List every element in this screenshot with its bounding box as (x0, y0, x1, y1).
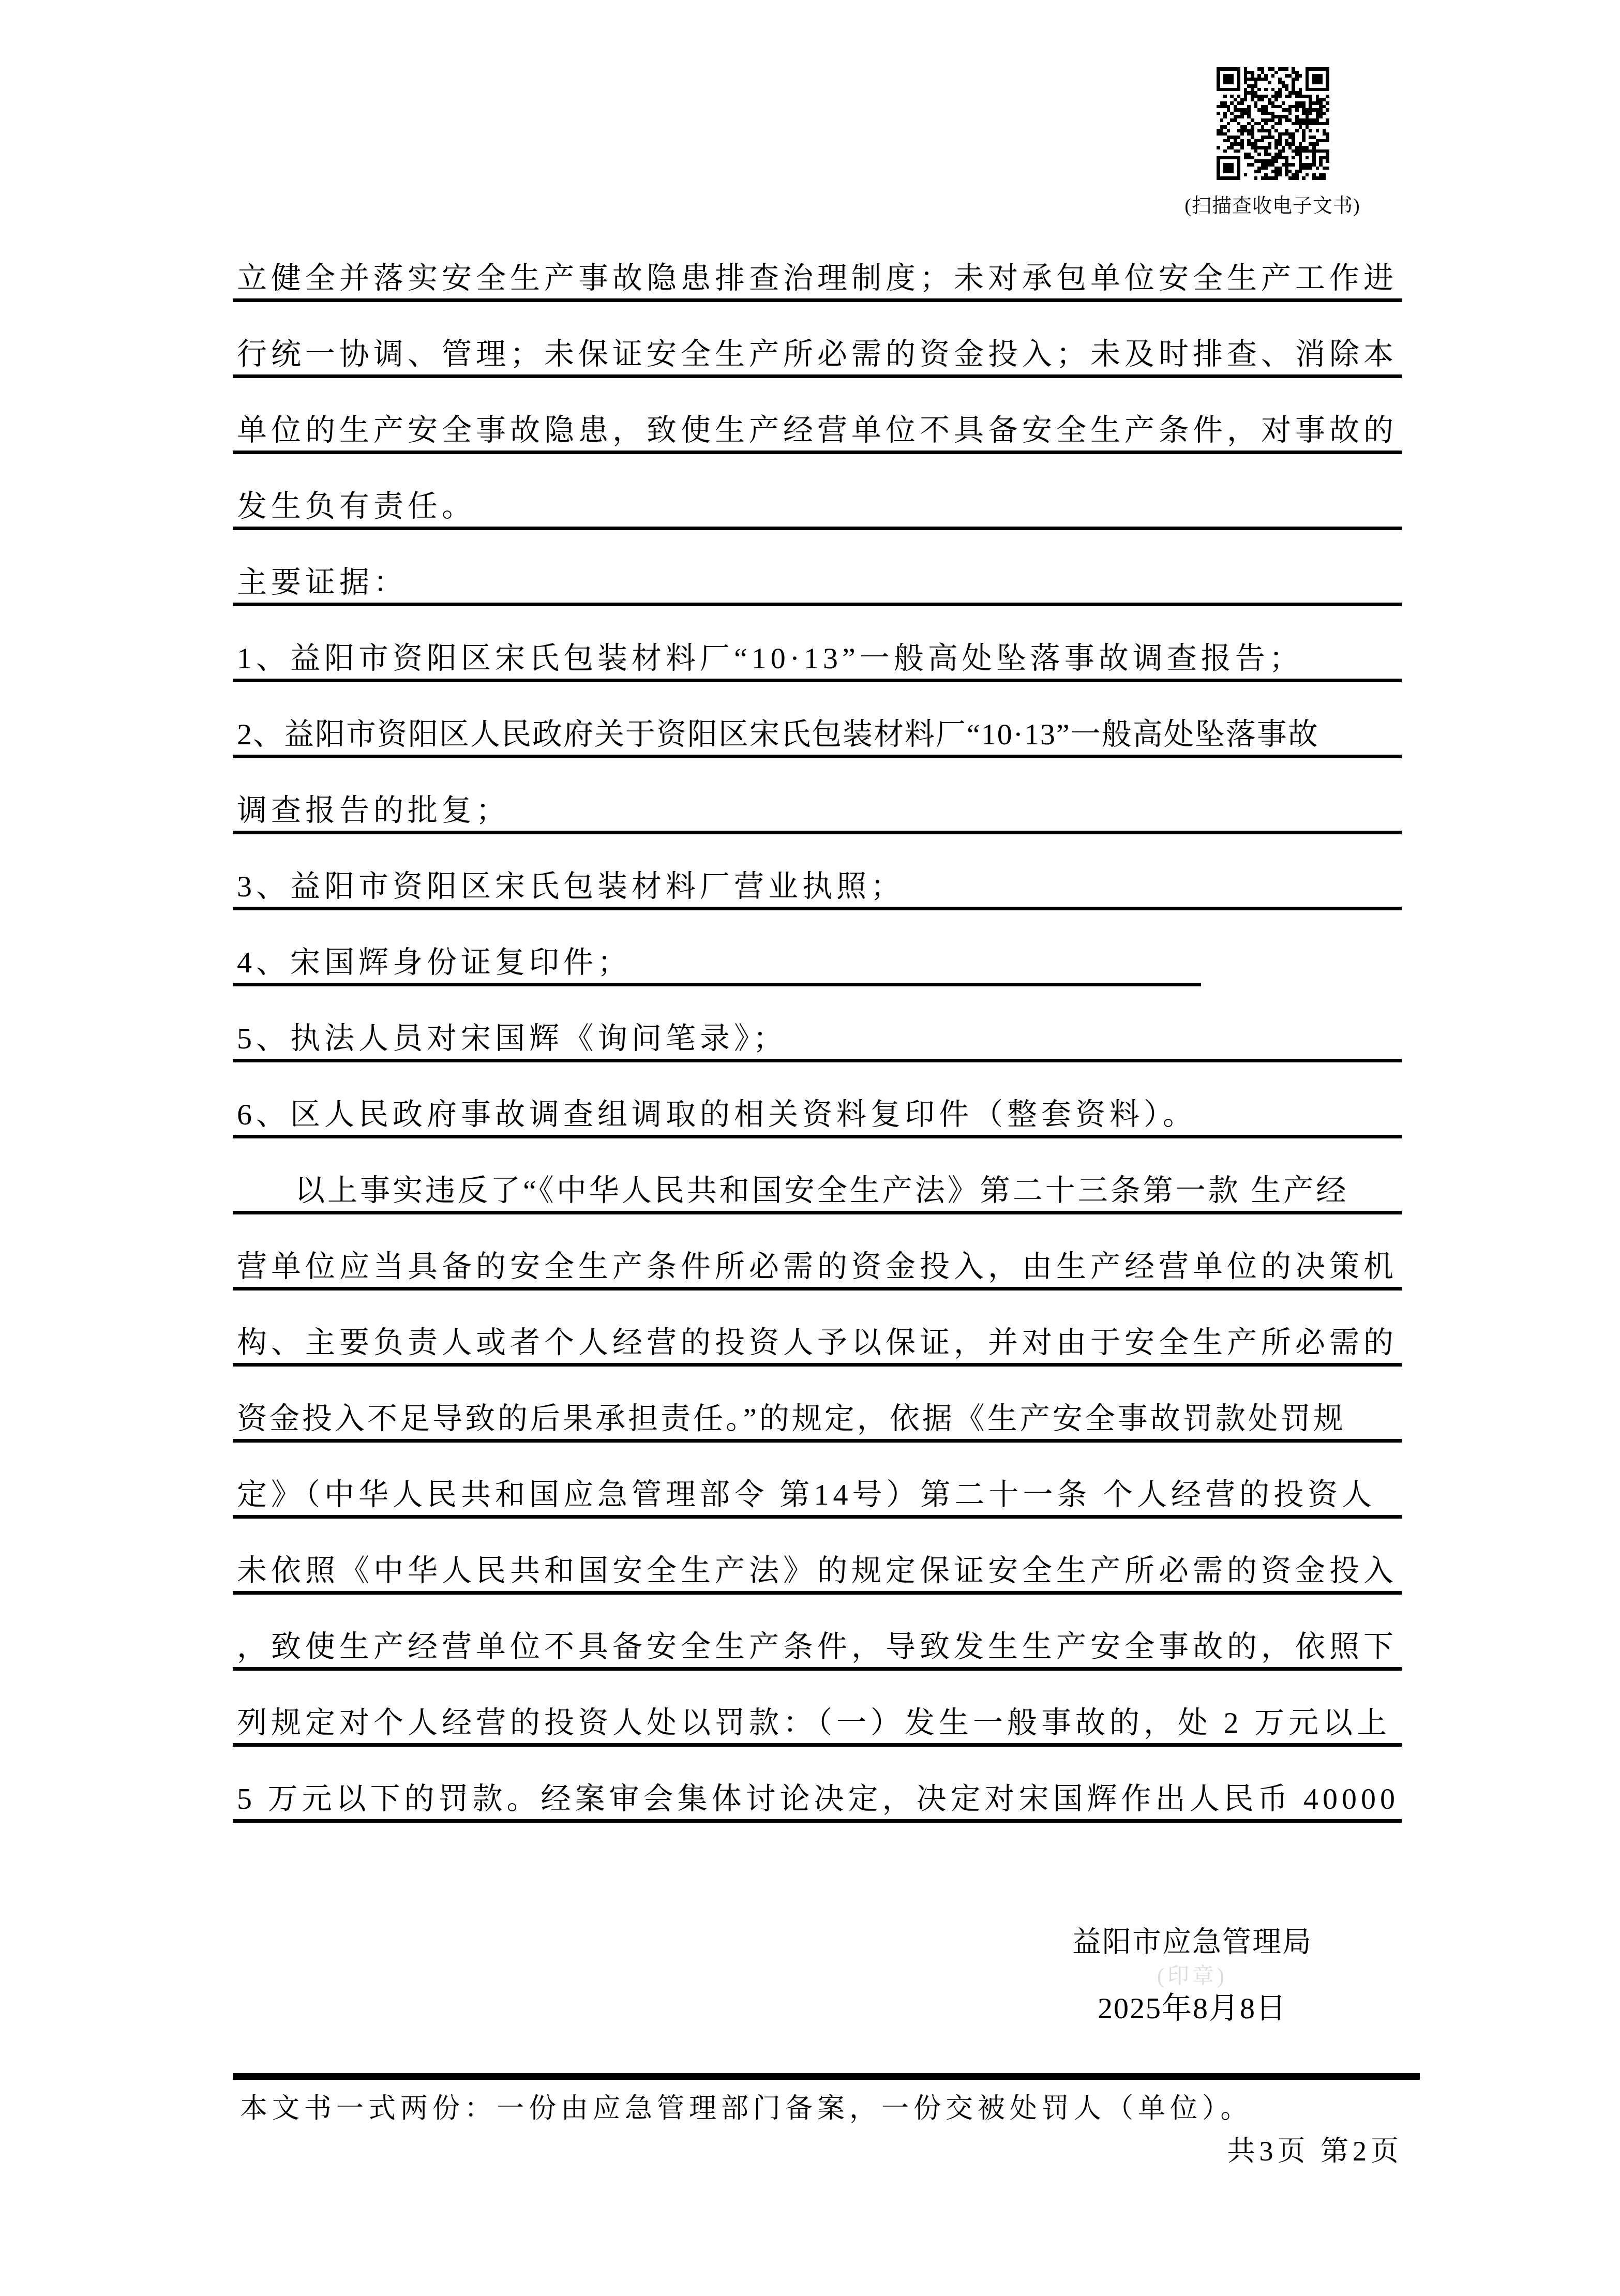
body-line: 未依照《中华人民共和国安全生产法》的规定保证安全生产所必需的资金投入 (237, 1519, 1400, 1595)
body-line-text: 以上事实违反了“《中华人民共和国安全生产法》第二十三条第一款 生产经 (295, 1166, 1348, 1209)
body-line-text: 调查报告的批复； (237, 786, 510, 829)
body-line: 行统一协调、管理；未保证安全生产所必需的资金投入；未及时排查、消除本 (237, 302, 1400, 378)
body-line-text: 构、主要负责人或者个人经营的投资人予以保证，并对由于安全生产所必需的 (237, 1318, 1398, 1361)
body-line: ，致使生产经营单位不具备安全生产条件，导致发生生产安全事故的，依照下 (237, 1595, 1400, 1671)
body-line-text: 6、区人民政府事故调查组调取的相关资料复印件（整套资料）。 (237, 1090, 1197, 1133)
seal-placeholder: (印章) (983, 1965, 1402, 1987)
body-line-text: 3、益阳市资阳区宋氏包装材料厂营业执照； (237, 862, 905, 905)
body-line-text: 单位的生产安全事故隐患，致使生产经营单位不具备安全生产条件，对事故的 (237, 406, 1398, 449)
body-line: 构、主要负责人或者个人经营的投资人予以保证，并对由于安全生产所必需的 (237, 1290, 1400, 1367)
footer-divider (233, 2073, 1420, 2080)
body-line: 单位的生产安全事故隐患，致使生产经营单位不具备安全生产条件，对事故的 (237, 378, 1400, 454)
body-line: 调查报告的批复； (237, 758, 1400, 834)
body-line-text: 2、益阳市资阳区人民政府关于资阳区宋氏包装材料厂“10·13”一般高处坠落事故 (237, 710, 1319, 753)
issue-date: 2025年8月8日 (983, 1993, 1402, 2023)
body-line-text: 1、益阳市资阳区宋氏包装材料厂“10·13”一般高处坠落事故调查报告； (237, 634, 1303, 677)
body-line-text: 立健全并落实安全生产事故隐患排查治理制度；未对承包单位安全生产工作进 (237, 253, 1398, 297)
qr-caption: (扫描查收电子文书) (1117, 189, 1428, 218)
footer-note: 本文书一式两份：一份由应急管理部门备案，一份交被处罚人（单位）。 (240, 2087, 1253, 2126)
body-line-evidence-2: 2、益阳市资阳区人民政府关于资阳区宋氏包装材料厂“10·13”一般高处坠落事故 (237, 682, 1400, 758)
body-line-text: 未依照《中华人民共和国安全生产法》的规定保证安全生产所必需的资金投入 (237, 1546, 1398, 1589)
body-line-text: 列规定对个人经营的投资人处以罚款：（一）发生一般事故的，处 2 万元以上 (237, 1698, 1391, 1742)
body-line: 营单位应当具备的安全生产条件所必需的资金投入，由生产经营单位的决策机 (237, 1214, 1400, 1290)
signature-block: 益阳市应急管理局 (印章) 2025年8月8日 (983, 1927, 1402, 2023)
body-line-text: 5 万元以下的罚款。经案审会集体讨论决定，决定对宋国辉作出人民币 40000 (237, 1774, 1399, 1818)
body-line-text: 5、执法人员对宋国辉《询问笔录》； (237, 1014, 787, 1057)
body-line: 资金投入不足导致的后果承担责任。”的规定，依据《生产安全事故罚款处罚规 (237, 1367, 1400, 1443)
document-body: 立健全并落实安全生产事故隐患排查治理制度；未对承包单位安全生产工作进 行统一协调… (237, 226, 1400, 1823)
body-line: 列规定对个人经营的投资人处以罚款：（一）发生一般事故的，处 2 万元以上 (237, 1671, 1400, 1747)
issuing-agency-name: 益阳市应急管理局 (983, 1927, 1402, 1957)
body-line-text: 行统一协调、管理；未保证安全生产所必需的资金投入；未及时排查、消除本 (237, 329, 1398, 373)
body-line-evidence-heading: 主要证据： (237, 530, 1400, 606)
body-line: 立健全并落实安全生产事故隐患排查治理制度；未对承包单位安全生产工作进 (237, 226, 1400, 302)
body-line-text: 定》（中华人民共和国应急管理部令 第14号）第二十一条 个人经营的投资人 (237, 1470, 1376, 1513)
penalty-decision-document-page: (扫描查收电子文书) 立健全并落实安全生产事故隐患排查治理制度；未对承包单位安全… (0, 0, 1620, 2296)
page-number: 共3页 第2页 (1227, 2129, 1403, 2169)
body-line: 定》（中华人民共和国应急管理部令 第14号）第二十一条 个人经营的投资人 (237, 1443, 1400, 1519)
body-line-evidence-1: 1、益阳市资阳区宋氏包装材料厂“10·13”一般高处坠落事故调查报告； (237, 606, 1400, 682)
body-line-evidence-6: 6、区人民政府事故调查组调取的相关资料复印件（整套资料）。 (237, 1062, 1400, 1138)
body-line-text: 主要证据： (237, 558, 408, 601)
body-line-text: 4、宋国辉身份证复印件； (237, 938, 632, 981)
body-line-evidence-4: 4、宋国辉身份证复印件； (237, 910, 1400, 986)
body-line-text: 资金投入不足导致的后果承担责任。”的规定，依据《生产安全事故罚款处罚规 (237, 1394, 1346, 1437)
body-line-evidence-5: 5、执法人员对宋国辉《询问笔录》； (237, 986, 1400, 1062)
body-line-text: ，致使生产经营单位不具备安全生产条件，导致发生生产安全事故的，依照下 (237, 1622, 1398, 1665)
qr-code-icon (1217, 67, 1329, 180)
body-line-text: 营单位应当具备的安全生产条件所必需的资金投入，由生产经营单位的决策机 (237, 1242, 1398, 1285)
body-line: 以上事实违反了“《中华人民共和国安全生产法》第二十三条第一款 生产经 (237, 1138, 1400, 1214)
body-line-text: 发生负有责任。 (237, 482, 476, 525)
body-line: 5 万元以下的罚款。经案审会集体讨论决定，决定对宋国辉作出人民币 40000 (237, 1747, 1400, 1823)
body-line: 发生负有责任。 (237, 454, 1400, 530)
body-line-evidence-3: 3、益阳市资阳区宋氏包装材料厂营业执照； (237, 834, 1400, 910)
